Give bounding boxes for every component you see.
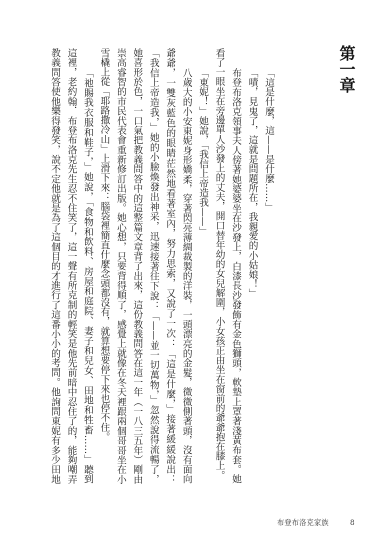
- text-column-11: 雪橇上從「耶路撒冷山」上滑下來：腦袋裡簡直什麼念頭都沒有，就算想要停下來也停不住…: [98, 48, 108, 484]
- footer-book-title: 布登布洛克家族: [277, 518, 329, 527]
- text-column-13: 這裡，老約翰．布登布洛克先生忍不住笑了，這一聲有所克制的輕笑是他先前暗中忍住了的…: [66, 48, 76, 484]
- text-column-6: 八歲大的小安東妮身形嬌柔，穿著閃亮薄綢裁製的洋裝，一頭漂亮的金髮，微微側著頭，沒…: [181, 48, 191, 484]
- running-footer: 布登布洛克家族 8: [277, 518, 329, 528]
- chapter-title: 第一章: [338, 45, 354, 93]
- page-number: 8: [350, 518, 355, 528]
- text-column-8: 「我信上帝造我，」她的小臉煥發出神采，迅速接著往下說：「——並一切萬物，」忽然說…: [148, 48, 158, 484]
- text-column-14: 教義問答使他樂得發笑，說不定他就是為了這個目的才進行了這番小小的考問。他詢問東妮…: [49, 48, 59, 484]
- text-column-9: 她喜形於色，一口氣把教義問答中的這整篇文章背了出來，這份教義問答在這一年（一八三…: [131, 48, 141, 484]
- text-column-12: 「祂賜我衣服和鞋子，」她說，「食物和飲料、房屋和庭院、妻子和兒女、田地和牲畜………: [82, 48, 92, 484]
- text-column-1: 「這是什麼，這——是什麼……」: [263, 48, 273, 484]
- text-column-7: 爺爺，一雙灰藍色的眼睛茫然地看著室內，努力思索，又說了一次：「這是什麼，」接著緩…: [164, 48, 174, 484]
- text-column-3: 布登布洛克領事夫人傍著她婆婆坐在沙發上，白漆長沙發飾有金色獅頭，軟墊上罩著淺黃布…: [230, 48, 240, 484]
- text-column-4: 看了一眼坐在旁邊單人沙發上的丈夫，開口替年幼的女兒解圍，小女孩正由坐在窗前的爺爺…: [214, 48, 224, 484]
- text-column-2: 「嘖，見鬼了，這就是問題所在，我親愛的小姑娘！」: [247, 48, 257, 484]
- text-column-5: 「東妮！」她說，「我信上帝造我——」: [197, 48, 207, 484]
- text-column-10: 崇高睿智的市民代表會重新修訂出版。她心想，只要背得順了，感覺上就像在冬天裡跟兩個…: [115, 48, 125, 484]
- book-page: 第一章 「這是什麼，這——是什麼……」 「嘖，見鬼了，這就是問題所在，我親愛的小…: [0, 0, 390, 558]
